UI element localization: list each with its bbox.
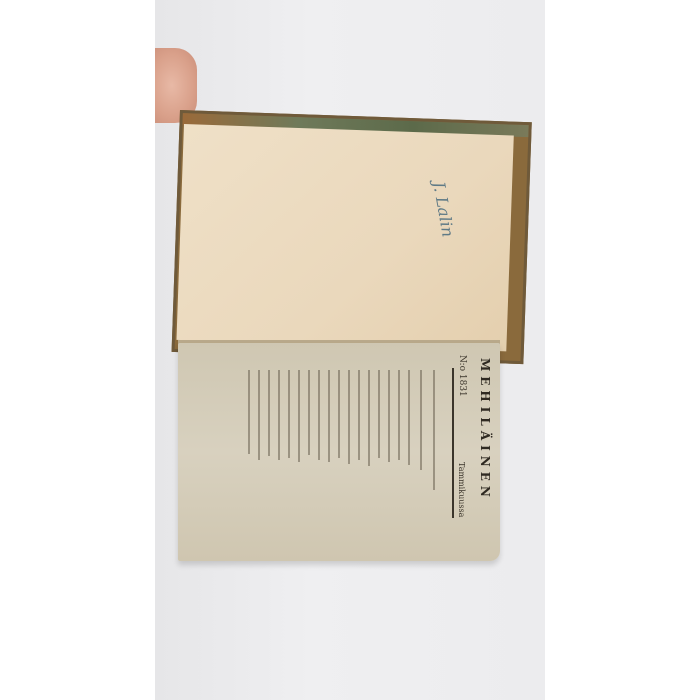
text-lines <box>248 370 443 500</box>
text-line <box>308 370 310 455</box>
text-line <box>378 370 380 458</box>
text-line <box>278 370 280 460</box>
text-line <box>248 370 250 454</box>
endpaper <box>176 124 513 351</box>
text-line <box>358 370 360 460</box>
text-line <box>408 370 410 465</box>
text-line <box>433 370 435 490</box>
title-heading: MEHILÄINEN <box>478 358 492 502</box>
text-line <box>298 370 300 462</box>
issue-number: N:o 1831 <box>457 355 467 397</box>
text-line <box>288 370 290 458</box>
text-line <box>268 370 270 456</box>
text-line <box>348 370 350 464</box>
text-line <box>420 370 422 470</box>
place-label: Tammikuussa <box>457 462 466 517</box>
text-line <box>328 370 330 462</box>
rule-line <box>452 368 454 518</box>
text-line <box>398 370 400 460</box>
text-line <box>368 370 370 466</box>
text-line <box>338 370 340 458</box>
text-line <box>318 370 320 460</box>
text-line <box>388 370 390 462</box>
text-line <box>258 370 260 460</box>
